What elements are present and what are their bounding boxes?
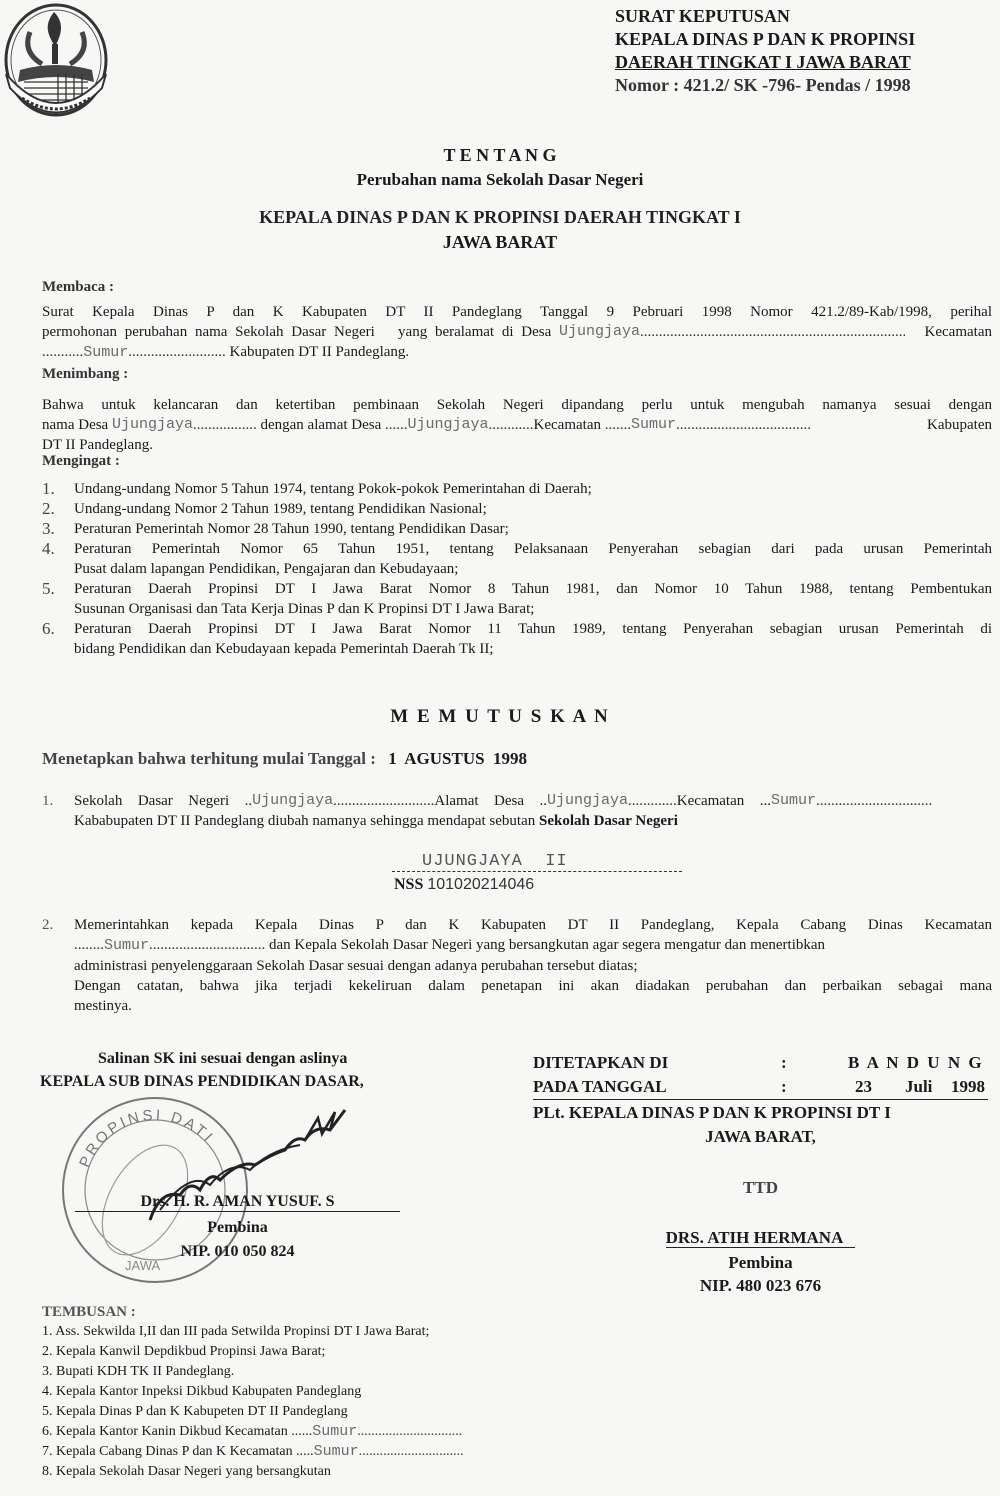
date-month: Juli [905,1077,932,1097]
memutuskan-heading: M E M U T U S K A N [0,706,1000,728]
list-number: 4. [42,539,55,559]
membaca-section: Surat Kepala Dinas P dan K Kabupaten DT … [42,302,992,363]
right-signer-rank: Pembina [533,1253,988,1273]
tentang-heading: T E N T A N G [0,145,1000,166]
decision-item-1: 1. Sekolah Dasar Negeri .. Ujungjaya ...… [42,791,992,831]
right-signer-region: JAWA BARAT, [533,1127,988,1147]
menimbang-line2: nama Desa Ujungjaya ................. de… [42,415,992,435]
left-signer-rank: Pembina [75,1219,400,1237]
tembusan-item: 8. Kepala Sekolah Dasar Negeri yang bers… [42,1462,464,1482]
tembusan-item: 5. Kepala Dinas P dan K Kabupeten DT II … [42,1402,464,1422]
membaca-line1: Surat Kepala Dinas P dan K Kabupaten DT … [42,302,992,322]
mengingat-item-line: Peraturan Pemerintah Nomor 28 Tahun 1990… [74,519,992,539]
decree-header: SURAT KEPUTUSAN KEPALA DINAS P DAN K PRO… [615,5,915,97]
menetapkan-label: Menetapkan bahwa terhitung mulai Tanggal… [42,749,376,768]
tembusan-item: 7. Kepala Cabang Dinas P dan K Kecamatan… [42,1442,464,1462]
issuer-line1: KEPALA DINAS P DAN K PROPINSI [615,28,915,51]
authority-line1: KEPALA DINAS P DAN K PROPINSI DAERAH TIN… [0,207,1000,228]
mengingat-item-line: Peraturan Daerah Propinsi DT I Jawa Bara… [74,619,992,639]
tembusan-section: TEMBUSAN : 1. Ass. Sekwilda I,II dan III… [42,1302,464,1482]
village-fill: Ujungjaya [559,322,640,342]
mengingat-item: 2.Undang-undang Nomor 2 Tahun 1989, tent… [42,499,992,519]
mengingat-item-line: Pusat dalam lapangan Pendidikan, Pengaja… [74,559,992,579]
mengingat-item-line: Susunan Organisasi dan Tata Kerja Dinas … [74,599,992,619]
right-signer-title: PLt. KEPALA DINAS P DAN K PROPINSI DT I [533,1103,891,1123]
tanggal-label: PADA TANGGAL [533,1077,667,1096]
menetapkan-line: Menetapkan bahwa terhitung mulai Tanggal… [42,749,527,769]
mengingat-item: 6.Peraturan Daerah Propinsi DT I Jawa Ba… [42,619,992,659]
right-signer-nip: NIP. 480 023 676 [533,1276,988,1296]
left-signer-name: Drs. H. R. AMAN YUSUF. S [75,1193,400,1212]
district-fill: Sumur [83,344,128,361]
nss-label: NSS [394,876,423,893]
nss-value: 101020214046 [427,876,534,893]
membaca-line2: permohonan perubahan nama Sekolah Dasar … [42,322,992,342]
district-fill: Sumur [312,1423,357,1440]
membaca-line3: ...........Sumur........................… [42,342,992,363]
tembusan-item: 1. Ass. Sekwilda I,II dan III pada Setwi… [42,1322,464,1342]
tembusan-item: 3. Bupati KDH TK II Pandeglang. [42,1362,464,1382]
mengingat-item-line: bidang Pendidikan dan Kebudayaan kepada … [74,639,992,659]
mengingat-item-line: Undang-undang Nomor 5 Tahun 1974, tentan… [74,479,992,499]
mengingat-item: 4.Peraturan Pemerintah Nomor 65 Tahun 19… [42,539,992,579]
signature-scribble [130,1100,370,1235]
mengingat-item: 1.Undang-undang Nomor 5 Tahun 1974, tent… [42,479,992,499]
mengingat-label: Mengingat : [42,453,120,470]
tembusan-heading: TEMBUSAN : [42,1302,464,1322]
list-number: 1. [42,479,55,499]
authority-line2: JAWA BARAT [0,232,1000,253]
effective-date: 1 AGUSTUS 1998 [388,749,527,768]
tembusan-item: 2. Kepala Kanwil Depdikbud Propinsi Jawa… [42,1342,464,1362]
nss-line: NSS 101020214046 [394,876,534,894]
place-value: B A N D U N G [848,1053,984,1073]
list-number: 2. [42,499,55,519]
new-school-name: UJUNGJAYA II [422,852,568,871]
decree-type: SURAT KEPUTUSAN [615,5,915,28]
mengingat-item: 5.Peraturan Daerah Propinsi DT I Jawa Ba… [42,579,992,619]
right-signer-name: DRS. ATIH HERMANA [666,1228,856,1248]
subject-title: Perubahan nama Sekolah Dasar Negeri [0,170,1000,190]
copy-certification: Salinan SK ini sesuai dengan aslinya [98,1050,347,1068]
date-day: 23 [855,1077,872,1097]
mengingat-list: 1.Undang-undang Nomor 5 Tahun 1974, tent… [42,479,992,659]
list-number: 3. [42,519,55,539]
provincial-emblem-icon [2,2,110,124]
decision-item-2: 2. Memerintahkan kepada Kepala Dinas P d… [42,915,992,1016]
ditetapkan-row: DITETAPKAN DI : B A N D U N G [533,1053,988,1073]
ttd-mark: TTD [533,1178,988,1198]
menimbang-line3: DT II Pandeglang. [42,435,992,455]
tembusan-item: 4. Kepala Kantor Inpeksi Dikbud Kabupate… [42,1382,464,1402]
mengingat-item: 3.Peraturan Pemerintah Nomor 28 Tahun 19… [42,519,992,539]
ditetapkan-label: DITETAPKAN DI [533,1053,668,1072]
mengingat-item-line: Undang-undang Nomor 2 Tahun 1989, tentan… [74,499,992,519]
date-year: 1998 [951,1077,985,1097]
list-number: 6. [42,619,55,639]
tembusan-list: 1. Ass. Sekwilda I,II dan III pada Setwi… [42,1322,464,1482]
menimbang-line1: Bahwa untuk kelancaran dan ketertiban pe… [42,395,992,415]
tanggal-row: PADA TANGGAL : 23 Juli 1998 [533,1077,988,1100]
menimbang-label: Menimbang : [42,366,128,383]
menimbang-section: Bahwa untuk kelancaran dan ketertiban pe… [42,395,992,455]
district-fill: Sumur [314,1443,359,1460]
left-signer-title: KEPALA SUB DINAS PENDIDIKAN DASAR, [40,1073,364,1091]
new-school-name-field: UJUNGJAYA II [392,852,682,872]
membaca-label: Membaca : [42,279,114,296]
mengingat-item-line: Peraturan Daerah Propinsi DT I Jawa Bara… [74,579,992,599]
mengingat-item-line: Peraturan Pemerintah Nomor 65 Tahun 1951… [74,539,992,559]
decree-number: Nomor : 421.2/ SK -796- Pendas / 1998 [615,74,915,97]
list-number: 5. [42,579,55,599]
issuer-line2: DAERAH TINGKAT I JAWA BARAT [615,51,915,74]
left-signer-nip: NIP. 010 050 824 [75,1243,400,1261]
tembusan-item: 6. Kepala Kantor Kanin Dikbud Kecamatan … [42,1422,464,1442]
